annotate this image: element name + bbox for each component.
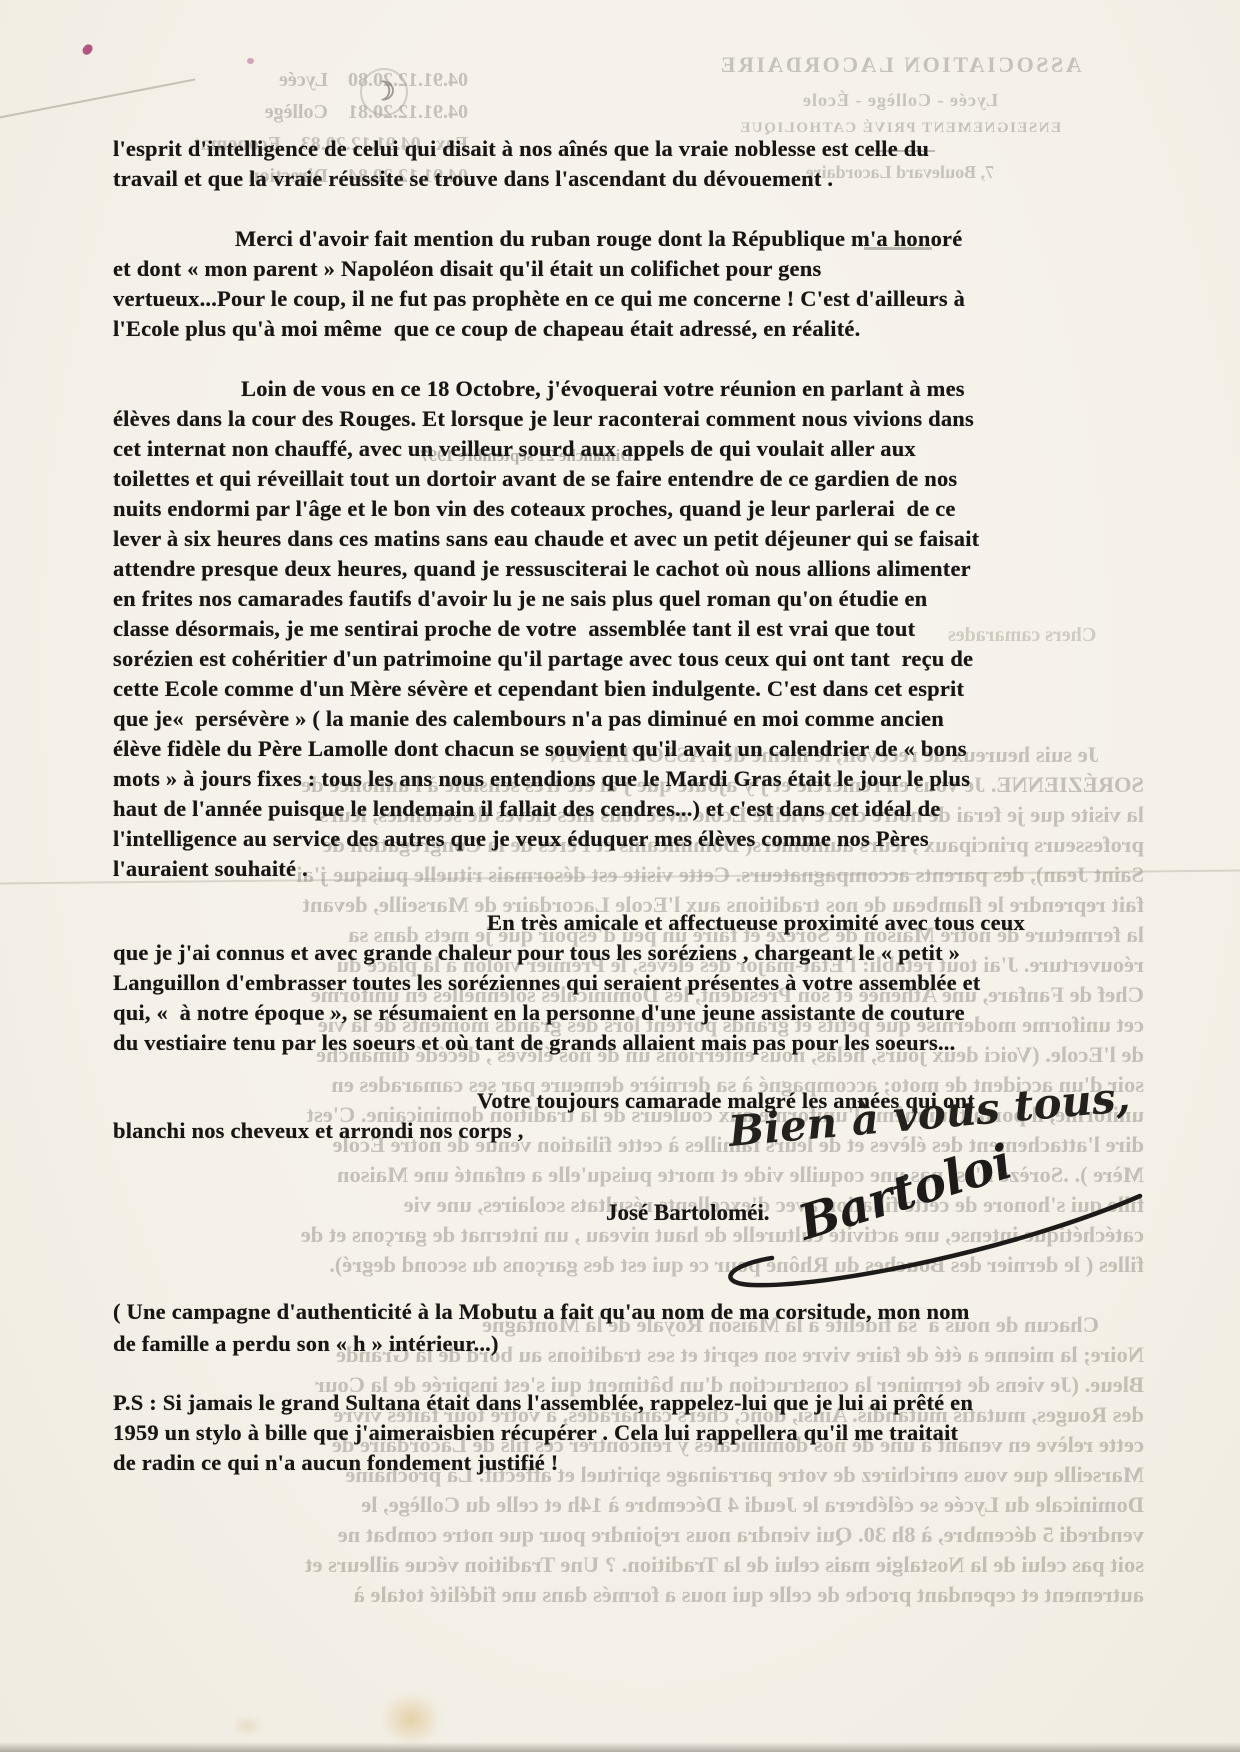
handwritten-signature-block: Bien à vous tous, Bartoloi	[660, 1088, 1180, 1303]
bleed-text-line: vendredi 5 décembre, à 8h 30. Qui viendr…	[100, 1520, 1144, 1550]
text-line: En très amicale et affectueuse proximité…	[113, 908, 1153, 938]
bleed-text-line: Dominicale du Lycée se célébrera le Jeud…	[100, 1490, 1144, 1520]
paragraph-amicale: En très amicale et affectueuse proximité…	[113, 908, 1153, 1058]
text-line: et dont « mon parent » Napoléon disait q…	[113, 254, 1153, 284]
text-line: de radin ce qui n'a aucun fondement just…	[113, 1448, 1153, 1478]
paper-stain	[232, 1716, 262, 1736]
paragraph-souvenirs: Loin de vous en ce 18 Octobre, j'évoquer…	[113, 374, 1153, 884]
text-line: l'intelligence au service des autres que…	[113, 824, 1153, 854]
text-line: en frites nos camarades fautifs d'avoir …	[113, 584, 1153, 614]
text-line: du vestiaire tenu par les soeurs et où t…	[113, 1028, 1153, 1058]
text-line: lever à six heures dans ces matins sans …	[113, 524, 1153, 554]
scanned-letter-page: 04.91.12.20.80 Lycée04.91.12.20.81 Collè…	[0, 0, 1240, 1752]
text-line: vertueux...Pour le coup, il ne fut pas p…	[113, 284, 1153, 314]
text-line: ( Une campagne d'authenticité à la Mobut…	[113, 1296, 1153, 1328]
paragraph-postscript: P.S : Si jamais le grand Sultana était d…	[113, 1388, 1153, 1478]
bleed-text-line: 04.91.12.20.80 Lycée	[168, 64, 468, 96]
text-line: nuits endormi par l'âge et le bon vin de…	[113, 494, 1153, 524]
ink-speck	[247, 58, 254, 64]
text-line: cet internat non chauffé, avec un veille…	[113, 434, 1153, 464]
text-line: Languillon d'embrasser toutes les sorézi…	[113, 968, 1153, 998]
lacordaire-logo-ghost: ☾	[360, 68, 408, 116]
bleed-text-line: soit pas celui de la Nostalgie mais celu…	[100, 1550, 1144, 1580]
text-line: Merci d'avoir fait mention du ruban roug…	[113, 224, 1153, 254]
paper-stain	[380, 1692, 442, 1746]
paragraph-intro: l'esprit d'intelligence de celui qui dis…	[113, 134, 1153, 194]
crescent-icon: ☾	[372, 77, 395, 107]
text-line: l'esprit d'intelligence de celui qui dis…	[113, 134, 1153, 164]
text-line: P.S : Si jamais le grand Sultana était d…	[113, 1388, 1153, 1418]
typed-sender-name: José Bartoloméi.	[606, 1200, 770, 1226]
text-line: cette Ecole comme d'un Mère sévère et ce…	[113, 674, 1153, 704]
text-line: qui, « à notre époque », se résumaient e…	[113, 998, 1153, 1028]
text-line: travail et que la vraie réussite se trou…	[113, 164, 1153, 194]
text-line: sorézien est cohéritier d'un patrimoine …	[113, 644, 1153, 674]
text-line: que je« persévère » ( la manie des calem…	[113, 704, 1153, 734]
paragraph-parenthetical: ( Une campagne d'authenticité à la Mobut…	[113, 1296, 1153, 1360]
association-name-ghost: ASSOCIATION LACORDAIRE	[690, 52, 1110, 78]
text-line: classe désormais, je me sentirai proche …	[113, 614, 1153, 644]
school-levels-ghost: Lycée - Collège - École	[690, 90, 1110, 111]
handwritten-signature: Bartoloi	[790, 1134, 1018, 1252]
text-line: élève fidèle du Père Lamolle dont chacun…	[113, 734, 1153, 764]
text-line: 1959 un stylo à bille que j'aimeraisbien…	[113, 1418, 1153, 1448]
bleed-text-line: 04.91.12.20.81 Collège	[168, 96, 468, 128]
text-line: de famille a perdu son « h » intérieur..…	[113, 1328, 1153, 1360]
handwritten-note: Bien à vous tous,	[726, 1088, 1132, 1156]
text-line: toilettes et qui réveillait tout un dort…	[113, 464, 1153, 494]
paper-crease	[0, 78, 195, 119]
text-line: que je j'ai connus et avec grande chaleu…	[113, 938, 1153, 968]
text-line: haut de l'année puisque le lendemain il …	[113, 794, 1153, 824]
text-line: élèves dans la cour des Rouges. Et lorsq…	[113, 404, 1153, 434]
scan-edge-shadow	[0, 1742, 1240, 1752]
paragraph-merci: Merci d'avoir fait mention du ruban roug…	[113, 224, 1153, 344]
text-line: Loin de vous en ce 18 Octobre, j'évoquer…	[113, 374, 1153, 404]
ink-speck	[81, 43, 94, 57]
text-line: mots » à jours fixes : tous les ans nous…	[113, 764, 1153, 794]
bleed-text-line: autrement et cependant proche de celle q…	[100, 1580, 1144, 1610]
text-line: l'Ecole plus qu'à moi même que ce coup d…	[113, 314, 1153, 344]
text-line: attendre presque deux heures, quand je r…	[113, 554, 1153, 584]
